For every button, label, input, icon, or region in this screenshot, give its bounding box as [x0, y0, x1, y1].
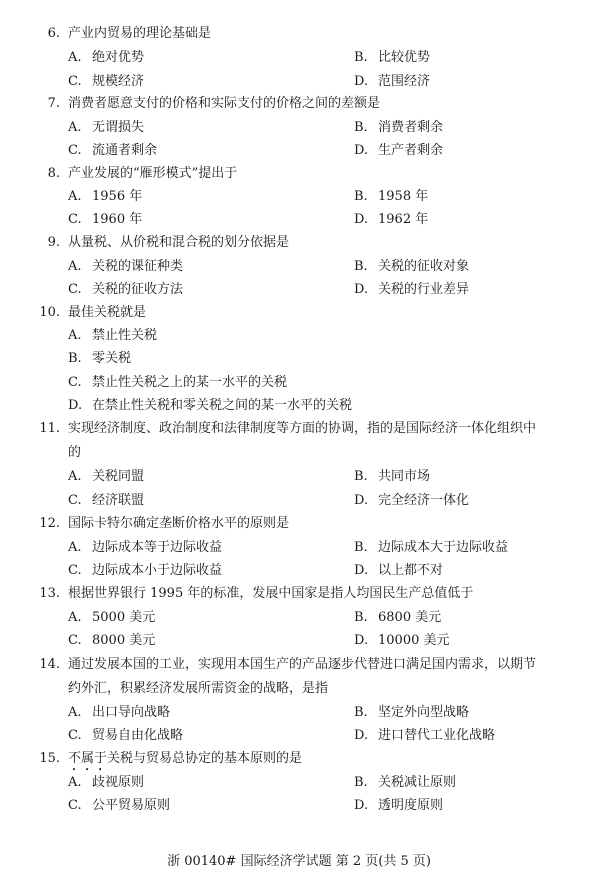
option-b: B.坚定外向型战略 — [354, 705, 469, 721]
question-stem-continued: 的 — [68, 445, 81, 461]
question-number: 10. — [20, 305, 60, 321]
option-c: C.边际成本小于边际收益 — [68, 563, 222, 579]
question-number: 14. — [20, 657, 60, 673]
question-number: 12. — [20, 516, 60, 532]
option-c: C.规模经济 — [68, 74, 144, 90]
option-a: A.禁止性关税 — [68, 328, 157, 344]
question-stem: 产业内贸易的理论基础是 — [68, 26, 211, 42]
option-b: B.6800 美元 — [354, 610, 441, 626]
option-d: D.1962 年 — [354, 212, 428, 228]
option-c: C.公平贸易原则 — [68, 798, 170, 814]
exam-page: 6. 产业内贸易的理论基础是 A.绝对优势 B.比较优势 C.规模经济 D.范围… — [0, 0, 598, 889]
option-b: B.边际成本大于边际收益 — [354, 540, 508, 556]
option-a: A.5000 美元 — [68, 610, 155, 626]
question-stem: 通过发展本国的工业，实现用本国生产的产品逐步代替进口满足国内需求，以期节 — [68, 657, 536, 673]
emphasized-text: 不属于 — [68, 751, 107, 766]
option-b: B.消费者剩余 — [354, 120, 443, 136]
question-number: 15. — [20, 751, 60, 767]
option-a: A.出口导向战略 — [68, 705, 170, 721]
page-footer: 浙 00140# 国际经济学试题 第 2 页(共 5 页) — [0, 854, 598, 870]
question-stem: 不属于关税与贸易总协定的基本原则的是 — [68, 751, 302, 774]
option-d: D.在禁止性关税和零关税之间的某一水平的关税 — [68, 398, 352, 414]
question-stem: 从量税、从价税和混合税的划分依据是 — [68, 235, 289, 251]
option-a: A.歧视原则 — [68, 775, 144, 791]
option-c: C.1960 年 — [68, 212, 142, 228]
question-stem-continued: 约外汇，积累经济发展所需资金的战略，是指 — [68, 681, 328, 697]
option-a: A.无谓损失 — [68, 120, 144, 136]
option-c: C.经济联盟 — [68, 493, 144, 509]
option-b: B.关税减让原则 — [354, 775, 456, 791]
option-d: D.关税的行业差异 — [354, 282, 469, 298]
option-c: C.贸易自由化战略 — [68, 728, 183, 744]
question-stem: 产业发展的“雁形模式”提出于 — [68, 166, 237, 182]
option-c: C.流通者剩余 — [68, 143, 157, 159]
option-a: A.关税同盟 — [68, 469, 144, 485]
option-b: B.比较优势 — [354, 50, 430, 66]
option-c: C.禁止性关税之上的某一水平的关税 — [68, 375, 287, 391]
question-number: 13. — [20, 586, 60, 602]
option-d: D.以上都不对 — [354, 563, 443, 579]
question-number: 6. — [20, 26, 60, 42]
option-d: D.10000 美元 — [354, 633, 450, 649]
option-a: A.绝对优势 — [68, 50, 144, 66]
question-stem: 根据世界银行 1995 年的标准，发展中国家是指人均国民生产总值低于 — [68, 586, 473, 602]
option-b: B.关税的征收对象 — [354, 259, 469, 275]
question-stem: 最佳关税就是 — [68, 305, 146, 321]
option-a: A.1956 年 — [68, 189, 142, 205]
option-d: D.范围经济 — [354, 74, 430, 90]
question-stem: 国际卡特尔确定垄断价格水平的原则是 — [68, 516, 289, 532]
option-a: A.边际成本等于边际收益 — [68, 540, 222, 556]
question-number: 7. — [20, 96, 60, 112]
option-b: B.1958 年 — [354, 189, 428, 205]
question-number: 11. — [20, 421, 60, 437]
option-d: D.进口替代工业化战略 — [354, 728, 495, 744]
question-stem: 实现经济制度、政治制度和法律制度等方面的协调，指的是国际经济一体化组织中 — [68, 421, 536, 437]
option-b: B.共同市场 — [354, 469, 430, 485]
question-number: 8. — [20, 166, 60, 182]
question-stem: 消费者愿意支付的价格和实际支付的价格之间的差额是 — [68, 96, 380, 112]
option-d: D.完全经济一体化 — [354, 493, 469, 509]
option-c: C.关税的征收方法 — [68, 282, 183, 298]
option-d: D.生产者剩余 — [354, 143, 443, 159]
option-c: C.8000 美元 — [68, 633, 155, 649]
question-number: 9. — [20, 235, 60, 251]
option-a: A.关税的课征种类 — [68, 259, 183, 275]
option-d: D.透明度原则 — [354, 798, 443, 814]
option-b: B.零关税 — [68, 351, 131, 367]
